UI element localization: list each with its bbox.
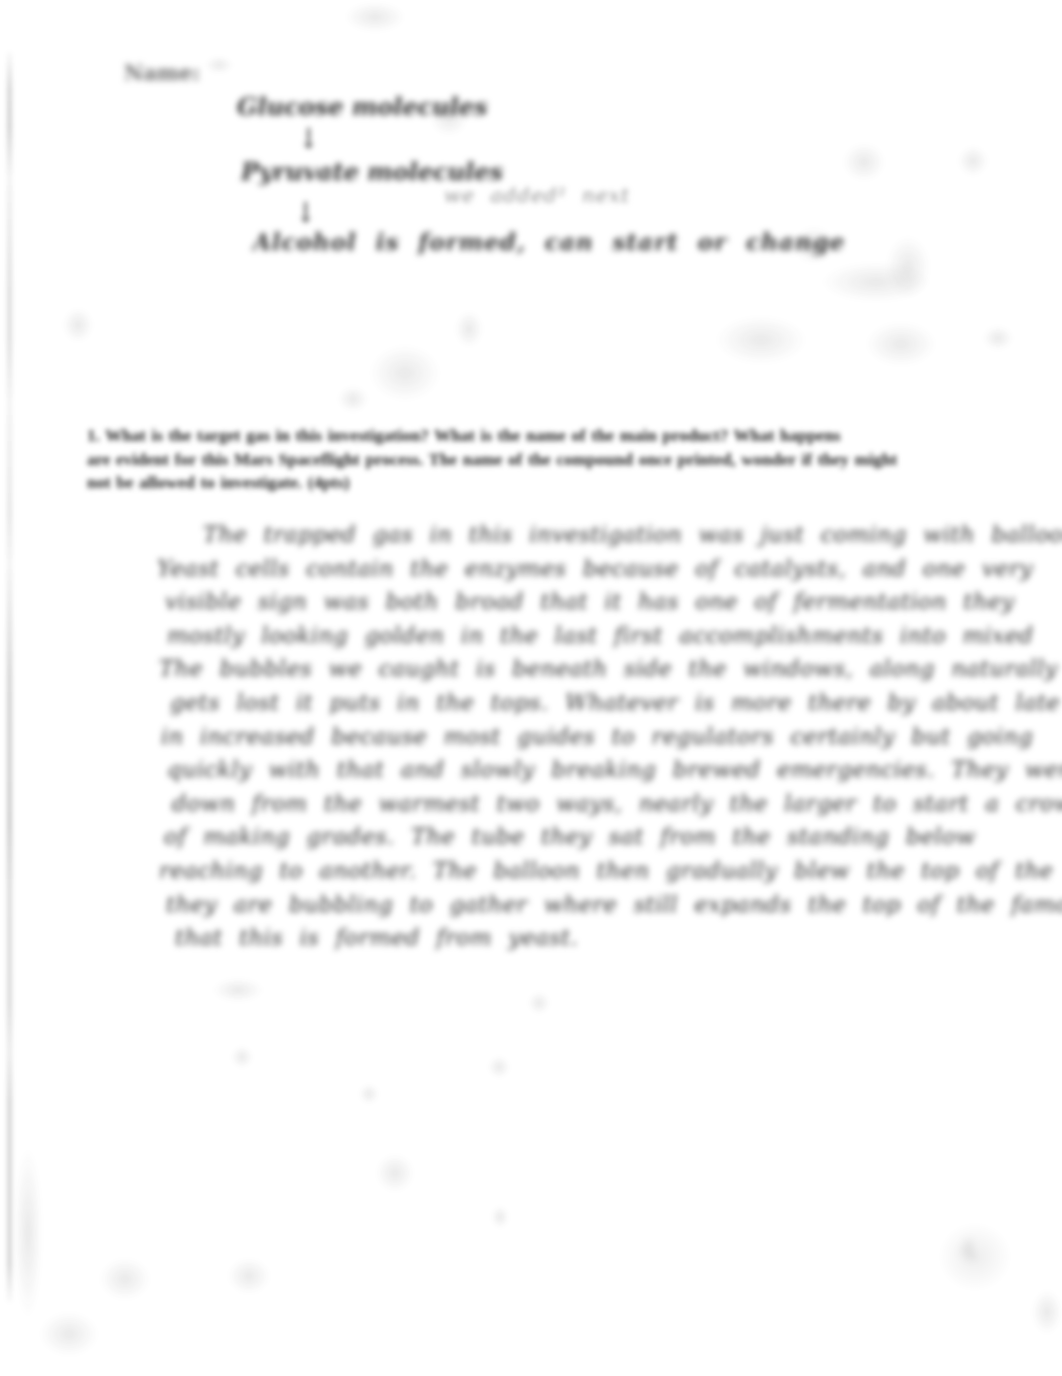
answer-line: gets lost it puts in the tops. Whatever … <box>170 687 1007 721</box>
scan-smudge <box>488 1056 510 1078</box>
flowchart-step-2: Pyruvate molecules <box>241 157 503 186</box>
arrow-down-icon: ↓ <box>297 122 320 155</box>
flowchart-step-3: Alcohol is formed, can start or change <box>253 229 845 256</box>
handwritten-answer: The trapped gas in this investigation wa… <box>157 519 1007 956</box>
scan-smudge <box>886 236 930 298</box>
answer-line: of making grades. The tube they sat from… <box>164 821 1007 855</box>
scan-smudge <box>1032 1290 1062 1334</box>
scan-smudge <box>376 1154 414 1192</box>
question-line: 1. What is the target gas in this invest… <box>87 424 972 448</box>
scan-smudge <box>491 1206 509 1228</box>
scan-smudge <box>338 386 368 412</box>
answer-line: reaching to another. The balloon then gr… <box>159 855 1007 889</box>
scan-smudge <box>40 1312 98 1356</box>
scanned-worksheet-page: { "document": { "name_label": "Name:", "… <box>0 0 1062 1376</box>
question-line: are evident for this Mars Spaceflight pr… <box>87 448 972 472</box>
scan-smudge <box>213 978 263 1002</box>
scan-smudge <box>843 143 885 181</box>
scan-smudge <box>370 345 440 401</box>
name-label: Name: <box>124 60 200 85</box>
answer-line: The trapped gas in this investigation wa… <box>203 519 1007 553</box>
scan-smudge <box>359 1084 379 1104</box>
scan-smudge <box>231 1046 253 1068</box>
scan-smudge <box>205 56 233 74</box>
scan-smudge <box>345 2 405 32</box>
scan-smudge <box>822 262 930 302</box>
scan-smudge <box>63 308 93 342</box>
flowchart-step-1: Glucose molecules <box>237 92 488 121</box>
answer-line: visible sign was both broad that it has … <box>165 586 1007 620</box>
question-line: not be allowed to investigate. (4pts) <box>87 471 972 495</box>
answer-line: that this is formed from yeast. <box>175 922 1007 956</box>
answer-line: mostly looking golden in the last first … <box>167 620 1007 654</box>
scan-smudge <box>866 322 936 366</box>
scan-smudge <box>528 992 550 1014</box>
scan-edge-artifact <box>7 52 12 1302</box>
question-text: 1. What is the target gas in this invest… <box>87 424 972 495</box>
answer-line: they are bubbling to gather where still … <box>166 889 1007 923</box>
scan-smudge <box>14 1148 42 1318</box>
arrow-down-icon: ↓ <box>294 196 317 229</box>
scan-smudge <box>455 311 483 347</box>
pencil-annotation: we added² next <box>444 183 630 207</box>
scan-smudge <box>100 1258 150 1300</box>
scan-smudge <box>958 146 988 176</box>
page-number: 4 <box>960 1236 975 1264</box>
scan-smudge <box>983 326 1013 350</box>
answer-line: Yeast cells contain the enzymes because … <box>157 553 1007 587</box>
answer-line: quickly with that and slowly breaking br… <box>167 754 1007 788</box>
scan-smudge <box>228 1258 270 1294</box>
scan-smudge <box>716 316 806 364</box>
answer-line: down from the warmest two ways, nearly t… <box>172 788 1007 822</box>
answer-line: in increased because most guides to regu… <box>161 721 1007 755</box>
answer-line: The bubbles we caught is beneath side th… <box>159 653 1007 687</box>
